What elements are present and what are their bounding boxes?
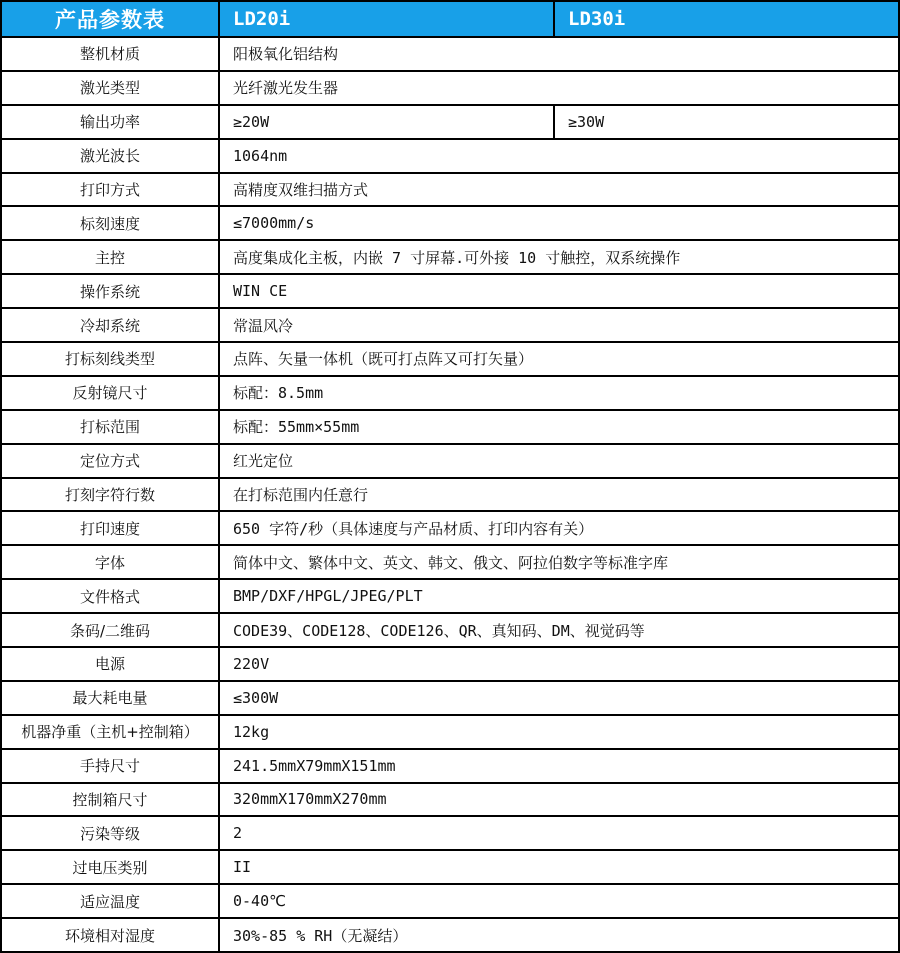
row-label: 整机材质: [2, 38, 218, 70]
table-row: 环境相对湿度30%-85 % RH（无凝结）: [2, 919, 898, 951]
table-row: 字体简体中文、繁体中文、英文、韩文、俄文、阿拉伯数字等标准字库: [2, 546, 898, 578]
row-value-ld20i: ≥20W: [220, 106, 553, 138]
row-label: 输出功率: [2, 106, 218, 138]
row-value: 在打标范围内任意行: [220, 479, 898, 511]
table-row: 打印方式高精度双维扫描方式: [2, 174, 898, 206]
row-value: 阳极氧化铝结构: [220, 38, 898, 70]
row-label: 电源: [2, 648, 218, 680]
table-row: 标刻速度≤7000mm/s: [2, 207, 898, 239]
table-row: 打标范围标配：55mm×55mm: [2, 411, 898, 443]
row-label: 反射镜尺寸: [2, 377, 218, 409]
row-value: 1064nm: [220, 140, 898, 172]
row-label: 适应温度: [2, 885, 218, 917]
row-value: 220V: [220, 648, 898, 680]
table-row: 冷却系统常温风冷: [2, 309, 898, 341]
row-value: ≤7000mm/s: [220, 207, 898, 239]
row-label: 激光波长: [2, 140, 218, 172]
table-row: 输出功率≥20W≥30W: [2, 106, 898, 138]
table-row: 污染等级2: [2, 817, 898, 849]
table-row: 条码/二维码CODE39、CODE128、CODE126、QR、真知码、DM、视…: [2, 614, 898, 646]
row-label: 环境相对湿度: [2, 919, 218, 951]
row-value: 简体中文、繁体中文、英文、韩文、俄文、阿拉伯数字等标准字库: [220, 546, 898, 578]
row-label: 定位方式: [2, 445, 218, 477]
row-label: 字体: [2, 546, 218, 578]
table-row: 机器净重（主机+控制箱）12kg: [2, 716, 898, 748]
row-label: 手持尺寸: [2, 750, 218, 782]
row-value: 12kg: [220, 716, 898, 748]
row-value: 高度集成化主板，内嵌 7 寸屏幕.可外接 10 寸触控，双系统操作: [220, 241, 898, 273]
row-label: 冷却系统: [2, 309, 218, 341]
table-row: 定位方式红光定位: [2, 445, 898, 477]
table-row: 主控高度集成化主板，内嵌 7 寸屏幕.可外接 10 寸触控，双系统操作: [2, 241, 898, 273]
table-title: 产品参数表: [2, 2, 218, 36]
row-value: 高精度双维扫描方式: [220, 174, 898, 206]
row-label: 控制箱尺寸: [2, 784, 218, 816]
row-value: 30%-85 % RH（无凝结）: [220, 919, 898, 951]
table-row: 操作系统WIN CE: [2, 275, 898, 307]
row-value: 标配：8.5mm: [220, 377, 898, 409]
table-row: 激光波长1064nm: [2, 140, 898, 172]
row-value: 650 字符/秒（具体速度与产品材质、打印内容有关）: [220, 512, 898, 544]
row-label: 激光类型: [2, 72, 218, 104]
table-row: 打刻字符行数在打标范围内任意行: [2, 479, 898, 511]
table-row: 整机材质阳极氧化铝结构: [2, 38, 898, 70]
table-row: 激光类型光纤激光发生器: [2, 72, 898, 104]
row-value: 光纤激光发生器: [220, 72, 898, 104]
row-value: CODE39、CODE128、CODE126、QR、真知码、DM、视觉码等: [220, 614, 898, 646]
table-row: 文件格式BMP/DXF/HPGL/JPEG/PLT: [2, 580, 898, 612]
table-row: 适应温度0-40℃: [2, 885, 898, 917]
row-value: 0-40℃: [220, 885, 898, 917]
row-value: 点阵、矢量一体机（既可打点阵又可打矢量）: [220, 343, 898, 375]
row-value: BMP/DXF/HPGL/JPEG/PLT: [220, 580, 898, 612]
row-value: ≤300W: [220, 682, 898, 714]
row-label: 过电压类别: [2, 851, 218, 883]
row-label: 机器净重（主机+控制箱）: [2, 716, 218, 748]
row-value: 320mmX170mmX270mm: [220, 784, 898, 816]
row-value: II: [220, 851, 898, 883]
table-row: 手持尺寸241.5mmX79mmX151mm: [2, 750, 898, 782]
row-value-ld30i: ≥30W: [555, 106, 898, 138]
row-label: 操作系统: [2, 275, 218, 307]
table-row: 控制箱尺寸320mmX170mmX270mm: [2, 784, 898, 816]
column-header-ld20i: LD20i: [220, 2, 553, 36]
row-label: 主控: [2, 241, 218, 273]
table-row: 最大耗电量≤300W: [2, 682, 898, 714]
table-row: 打印速度650 字符/秒（具体速度与产品材质、打印内容有关）: [2, 512, 898, 544]
row-label: 标刻速度: [2, 207, 218, 239]
row-value: 标配：55mm×55mm: [220, 411, 898, 443]
row-value: 红光定位: [220, 445, 898, 477]
row-label: 打标刻线类型: [2, 343, 218, 375]
row-value: 2: [220, 817, 898, 849]
table-row: 打标刻线类型点阵、矢量一体机（既可打点阵又可打矢量）: [2, 343, 898, 375]
row-value: 241.5mmX79mmX151mm: [220, 750, 898, 782]
column-header-ld30i: LD30i: [555, 2, 898, 36]
row-label: 最大耗电量: [2, 682, 218, 714]
row-label: 打印速度: [2, 512, 218, 544]
product-spec-table: 产品参数表 LD20i LD30i 整机材质阳极氧化铝结构激光类型光纤激光发生器…: [0, 0, 900, 953]
row-value: WIN CE: [220, 275, 898, 307]
row-label: 条码/二维码: [2, 614, 218, 646]
table-row: 电源220V: [2, 648, 898, 680]
row-value: 常温风冷: [220, 309, 898, 341]
row-label: 打印方式: [2, 174, 218, 206]
row-label: 文件格式: [2, 580, 218, 612]
row-label: 打刻字符行数: [2, 479, 218, 511]
table-row: 反射镜尺寸标配：8.5mm: [2, 377, 898, 409]
table-header-row: 产品参数表 LD20i LD30i: [2, 2, 898, 36]
row-label: 污染等级: [2, 817, 218, 849]
row-label: 打标范围: [2, 411, 218, 443]
table-row: 过电压类别II: [2, 851, 898, 883]
